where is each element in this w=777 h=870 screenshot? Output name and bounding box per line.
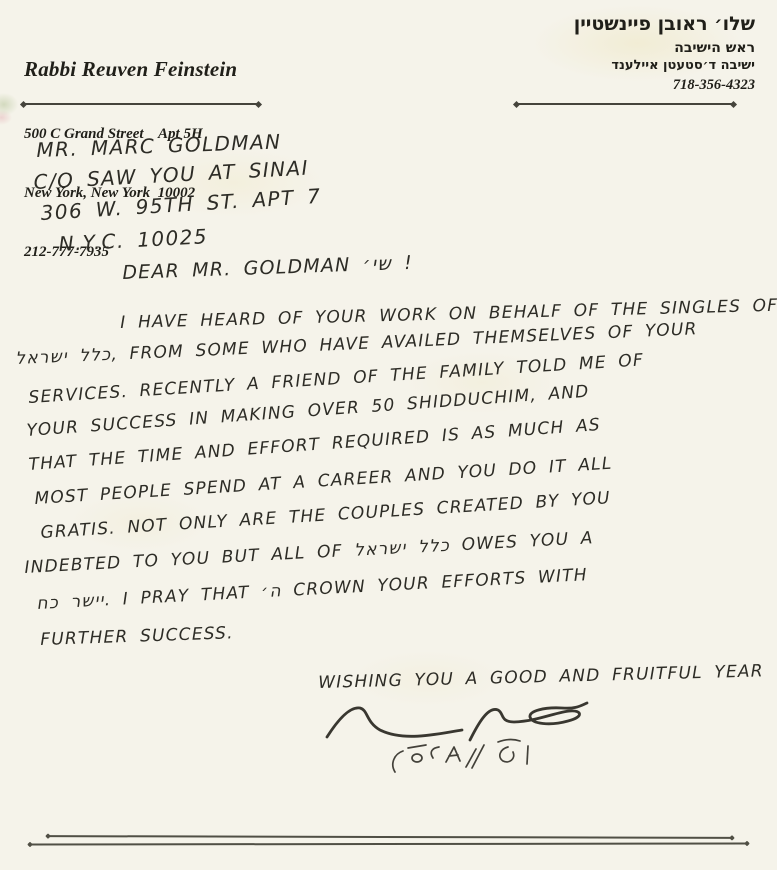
- sender-phone-hebrew-side: 718-356-4323: [574, 76, 755, 95]
- letter-page: Rabbi Reuven Feinstein 500 C Grand Stree…: [0, 0, 777, 870]
- footer-divider-bottom: [30, 842, 747, 845]
- letterhead-divider-right: [516, 103, 734, 105]
- sender-name-hebrew: שלו׳ ראובן פיינשטיין: [574, 12, 755, 37]
- body-line: FURTHER SUCCESS.: [40, 623, 234, 650]
- closing-line: WISHING YOU A GOOD AND FRUITFUL YEAR: [318, 661, 764, 693]
- footer-divider-top: [48, 835, 732, 838]
- sender-title-hebrew: ראש הישיבה: [574, 39, 755, 57]
- signature-scrawl: [470, 703, 587, 740]
- letterhead-right: שלו׳ ראובן פיינשטיין ראש הישיבה ישיבה ד׳…: [574, 12, 755, 95]
- signature: [300, 690, 640, 785]
- sender-name: Rabbi Reuven Feinstein: [24, 56, 237, 82]
- yeshiva-name-hebrew: ישיבה ד׳סטעטן איילענד: [574, 58, 755, 75]
- hebrew-inscription: [393, 740, 528, 772]
- letterhead-divider-left: [23, 103, 259, 105]
- signature-scrawl: [327, 708, 462, 737]
